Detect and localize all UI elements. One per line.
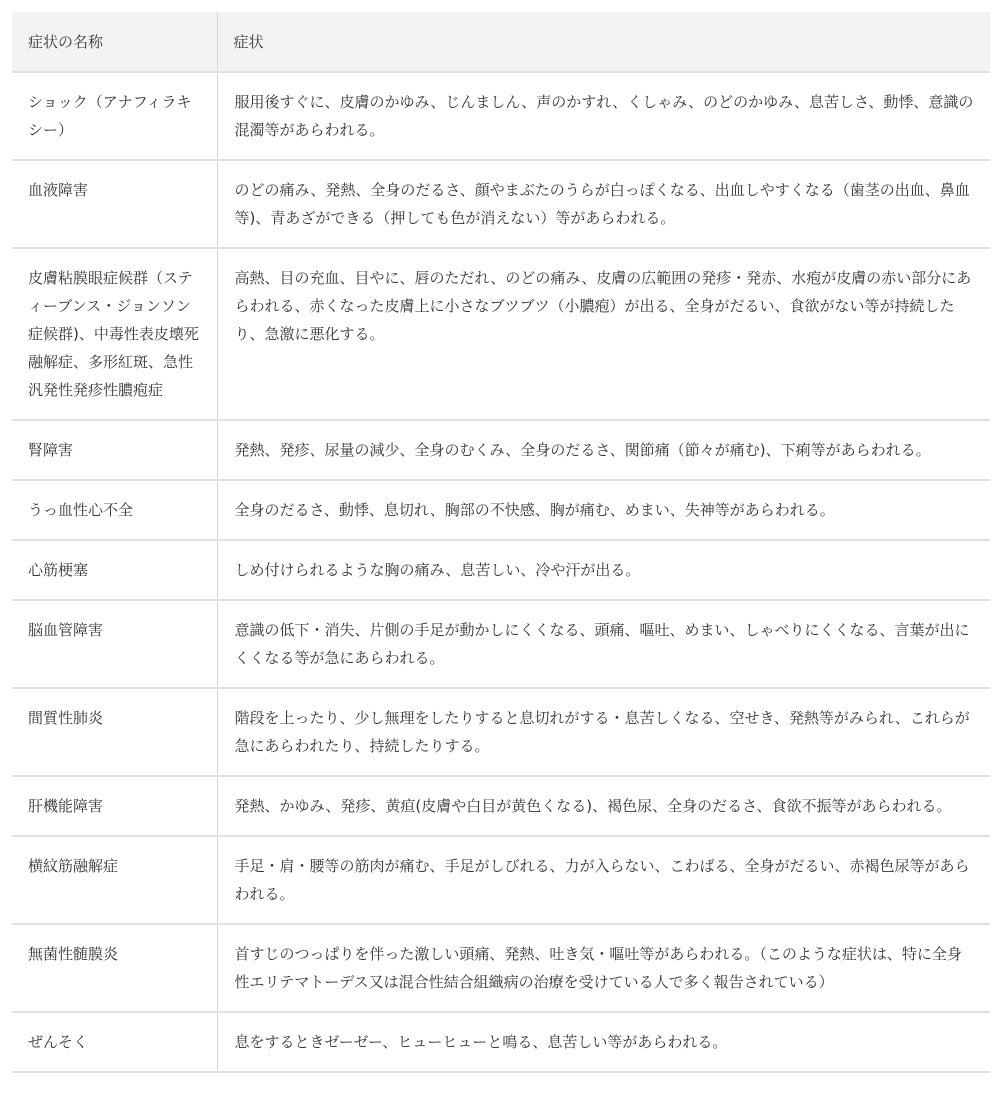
symptom-description-cell: 息をするときゼーゼー、ヒューヒューと鳴る、息苦しい等があらわれる。: [217, 1012, 990, 1072]
symptom-name-cell: 肝機能障害: [12, 776, 217, 836]
symptom-description-cell: 階段を上ったり、少し無理をしたりすると息切れがする・息苦しくなる、空せき、発熱等…: [217, 688, 990, 776]
symptom-name-cell: うっ血性心不全: [12, 480, 217, 540]
symptom-description-cell: 高熱、目の充血、目やに、唇のただれ、のどの痛み、皮膚の広範囲の発疹・発赤、水疱が…: [217, 248, 990, 420]
symptom-description-cell: 全身のだるさ、動悸、息切れ、胸部の不快感、胸が痛む、めまい、失神等があらわれる。: [217, 480, 990, 540]
symptom-description-cell: 手足・肩・腰等の筋肉が痛む、手足がしびれる、力が入らない、こわばる、全身がだるい…: [217, 836, 990, 924]
symptom-name-cell: 皮膚粘膜眼症候群（スティーブンス・ジョンソン症候群)、中毒性表皮壊死融解症、多形…: [12, 248, 217, 420]
table-row: 無菌性髄膜炎 首すじのつっぱりを伴った激しい頭痛、発熱、吐き気・嘔吐等があらわれ…: [12, 924, 990, 1012]
symptom-name-cell: 血液障害: [12, 160, 217, 248]
table-body: ショック（アナフィラキシー） 服用後すぐに、皮膚のかゆみ、じんましん、声のかすれ…: [12, 72, 990, 1072]
symptom-description-cell: しめ付けられるような胸の痛み、息苦しい、冷や汗が出る。: [217, 540, 990, 600]
table-row: うっ血性心不全 全身のだるさ、動悸、息切れ、胸部の不快感、胸が痛む、めまい、失神…: [12, 480, 990, 540]
table-header: 症状の名称 症状: [12, 12, 990, 72]
table-row: 間質性肺炎 階段を上ったり、少し無理をしたりすると息切れがする・息苦しくなる、空…: [12, 688, 990, 776]
table-row: 横紋筋融解症 手足・肩・腰等の筋肉が痛む、手足がしびれる、力が入らない、こわばる…: [12, 836, 990, 924]
symptom-name-cell: 横紋筋融解症: [12, 836, 217, 924]
table-row: ショック（アナフィラキシー） 服用後すぐに、皮膚のかゆみ、じんましん、声のかすれ…: [12, 72, 990, 160]
side-effects-table: 症状の名称 症状 ショック（アナフィラキシー） 服用後すぐに、皮膚のかゆみ、じん…: [12, 12, 990, 1073]
symptom-name-cell: ショック（アナフィラキシー）: [12, 72, 217, 160]
symptom-name-cell: 無菌性髄膜炎: [12, 924, 217, 1012]
table-row: 脳血管障害 意識の低下・消失、片側の手足が動かしにくくなる、頭痛、嘔吐、めまい、…: [12, 600, 990, 688]
symptom-description-cell: 服用後すぐに、皮膚のかゆみ、じんましん、声のかすれ、くしゃみ、のどのかゆみ、息苦…: [217, 72, 990, 160]
symptom-name-cell: 腎障害: [12, 420, 217, 480]
table-row: 血液障害 のどの痛み、発熱、全身のだるさ、顔やまぶたのうらが白っぽくなる、出血し…: [12, 160, 990, 248]
header-row: 症状の名称 症状: [12, 12, 990, 72]
symptom-description-cell: 首すじのつっぱりを伴った激しい頭痛、発熱、吐き気・嘔吐等があらわれる。（このよう…: [217, 924, 990, 1012]
symptom-description-cell: のどの痛み、発熱、全身のだるさ、顔やまぶたのうらが白っぽくなる、出血しやすくなる…: [217, 160, 990, 248]
header-symptom-name: 症状の名称: [12, 12, 217, 72]
table-row: 腎障害 発熱、発疹、尿量の減少、全身のむくみ、全身のだるさ、関節痛（節々が痛む)…: [12, 420, 990, 480]
symptom-name-cell: 心筋梗塞: [12, 540, 217, 600]
symptom-name-cell: 間質性肺炎: [12, 688, 217, 776]
header-symptoms: 症状: [217, 12, 990, 72]
symptom-name-cell: ぜんそく: [12, 1012, 217, 1072]
symptom-name-cell: 脳血管障害: [12, 600, 217, 688]
table-row: 肝機能障害 発熱、かゆみ、発疹、黄疸(皮膚や白目が黄色くなる)、褐色尿、全身のだ…: [12, 776, 990, 836]
symptom-description-cell: 意識の低下・消失、片側の手足が動かしにくくなる、頭痛、嘔吐、めまい、しゃべりにく…: [217, 600, 990, 688]
table-row: ぜんそく 息をするときゼーゼー、ヒューヒューと鳴る、息苦しい等があらわれる。: [12, 1012, 990, 1072]
table-row: 皮膚粘膜眼症候群（スティーブンス・ジョンソン症候群)、中毒性表皮壊死融解症、多形…: [12, 248, 990, 420]
table-row: 心筋梗塞 しめ付けられるような胸の痛み、息苦しい、冷や汗が出る。: [12, 540, 990, 600]
symptom-description-cell: 発熱、発疹、尿量の減少、全身のむくみ、全身のだるさ、関節痛（節々が痛む)、下痢等…: [217, 420, 990, 480]
symptom-description-cell: 発熱、かゆみ、発疹、黄疸(皮膚や白目が黄色くなる)、褐色尿、全身のだるさ、食欲不…: [217, 776, 990, 836]
